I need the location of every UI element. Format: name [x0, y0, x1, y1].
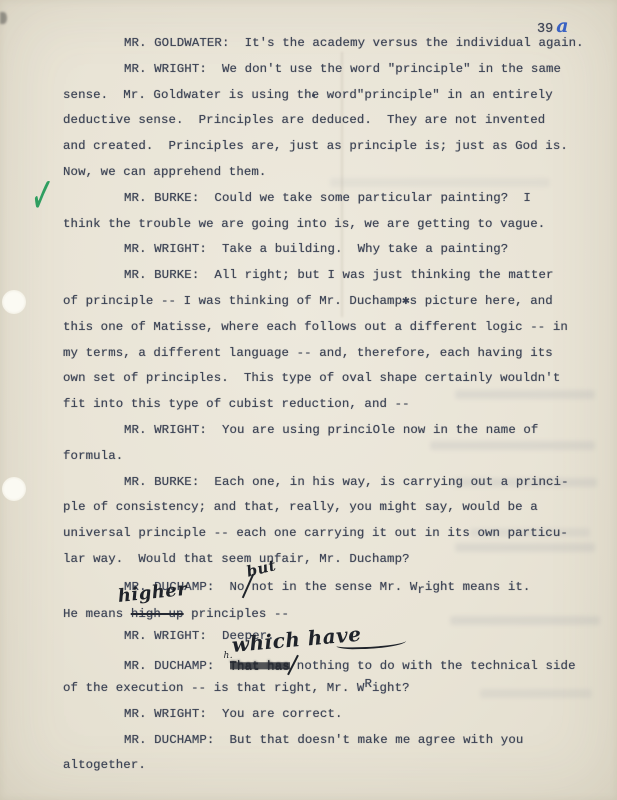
edge-smudge	[0, 12, 7, 24]
typed-text: MR. WRIGHT: You are using princiOle now …	[124, 423, 538, 437]
transcript-line: ple of consistency; and that, really, yo…	[63, 495, 603, 521]
typed-text: fit into this type of cubist reduction, …	[63, 397, 410, 411]
typed-text: MR. DUCHAMP:	[124, 659, 230, 673]
transcript-line: MR. DUCHAMP: But that doesn't make me ag…	[63, 728, 603, 754]
typed-text: own set of principles. This type of oval…	[63, 371, 560, 385]
typed-superscript: R	[364, 677, 372, 691]
scribbled-out-text: That has	[230, 659, 290, 673]
typed-text: MR. BURKE: Could we take some particular…	[124, 191, 531, 205]
typed-text: formula.	[63, 449, 123, 463]
transcript-line: altogether.	[63, 753, 603, 779]
typed-text: lar way. Would that seem unfair, Mr. Duc…	[63, 552, 410, 566]
typed-subscript: r	[417, 583, 425, 597]
typed-text: MR. BURKE: Each one, in his way, is carr…	[124, 475, 569, 489]
typed-text: of the execution -- is that right, Mr. W	[63, 681, 364, 695]
typed-text: He means	[63, 607, 131, 621]
scanned-transcript-page: { "page": { "number_typed": "39", "numbe…	[0, 0, 617, 800]
insertion-slash-mark	[290, 668, 297, 669]
transcript-line: sense. Mr. Goldwater is using the word"p…	[63, 83, 603, 109]
typed-text: of principle -- I was thinking of Mr. Du…	[63, 294, 553, 308]
typed-text: deductive sense. Principles are deduced.…	[63, 113, 545, 127]
punch-hole	[2, 290, 26, 314]
transcript-line: He means high-uphigher principles --	[63, 599, 603, 625]
typed-text: not in the sense Mr. W	[252, 580, 418, 594]
transcript-line: MR. WRIGHT: You are using princiOle now …	[63, 418, 603, 444]
transcript-line: deductive sense. Principles are deduced.…	[63, 108, 603, 134]
transcript-line: this one of Matisse, where each follows …	[63, 315, 603, 341]
transcript-line: MR. BURKE: Each one, in his way, is carr…	[63, 470, 603, 496]
typed-text: MR. GOLDWATER: It's the academy versus t…	[124, 36, 584, 50]
typed-text: think the trouble we are going into is, …	[63, 217, 545, 231]
transcript-line: fit into this type of cubist reduction, …	[63, 392, 603, 418]
insertion-slash-mark	[245, 589, 252, 590]
typed-text: sense. Mr. Goldwater is using the word"p…	[63, 88, 553, 102]
transcript-line: Now, we can apprehend them.	[63, 160, 603, 186]
transcript-line: MR. DUCHAMP: h.That haswhich havenothing…	[63, 650, 603, 676]
typed-text: MR. WRIGHT: Take a building. Why take a …	[124, 242, 508, 256]
punch-hole	[2, 477, 26, 501]
transcript-line: MR. BURKE: Could we take some particular…	[63, 186, 603, 212]
margin-checkmark: ✓	[30, 164, 55, 226]
transcript-line: universal principle -- each one carrying…	[63, 521, 603, 547]
struck-out-text: high-up	[131, 607, 184, 621]
typed-text: MR. DUCHAMP: But that doesn't make me ag…	[124, 733, 523, 747]
transcript-line: MR. GOLDWATER: It's the academy versus t…	[63, 31, 603, 57]
transcript-line: lar way. Would that seem unfair, Mr. Duc…	[63, 547, 603, 573]
typed-text: MR. BURKE: All right; but I was just thi…	[124, 268, 554, 282]
transcript-line: of the execution -- is that right, Mr. W…	[63, 676, 603, 702]
typed-text: MR. WRIGHT: You are correct.	[124, 707, 343, 721]
transcript-line: of principle -- I was thinking of Mr. Du…	[63, 289, 603, 315]
transcript-line: my terms, a different language -- and, t…	[63, 341, 603, 367]
transcript-line: think the trouble we are going into is, …	[63, 212, 603, 238]
transcript-line: MR. WRIGHT: You are correct.	[63, 702, 603, 728]
typed-text: universal principle -- each one carrying…	[63, 526, 568, 540]
transcript-line: own set of principles. This type of oval…	[63, 366, 603, 392]
typed-text: MR. WRIGHT: We don't use the word "princ…	[124, 62, 561, 76]
typed-text: ight?	[372, 681, 410, 695]
transcript-line: MR. WRIGHT: We don't use the word "princ…	[63, 57, 603, 83]
transcript-line: MR. BURKE: All right; but I was just thi…	[63, 263, 603, 289]
typed-text: principles --	[184, 607, 290, 621]
typed-text: ight means it.	[425, 580, 531, 594]
typed-text: and created. Principles are, just as pri…	[63, 139, 568, 153]
typed-text: altogether.	[63, 758, 146, 772]
typed-text: this one of Matisse, where each follows …	[63, 320, 568, 334]
typed-text: ple of consistency; and that, really, yo…	[63, 500, 538, 514]
transcript-line: formula.	[63, 444, 603, 470]
transcript-line: MR. WRIGHT: Take a building. Why take a …	[63, 237, 603, 263]
typed-text: my terms, a different language -- and, t…	[63, 346, 553, 360]
typed-text: Now, we can apprehend them.	[63, 165, 266, 179]
transcript: MR. GOLDWATER: It's the academy versus t…	[63, 31, 603, 779]
transcript-line: and created. Principles are, just as pri…	[63, 134, 603, 160]
typed-text: nothing to do with the technical side	[297, 659, 576, 673]
